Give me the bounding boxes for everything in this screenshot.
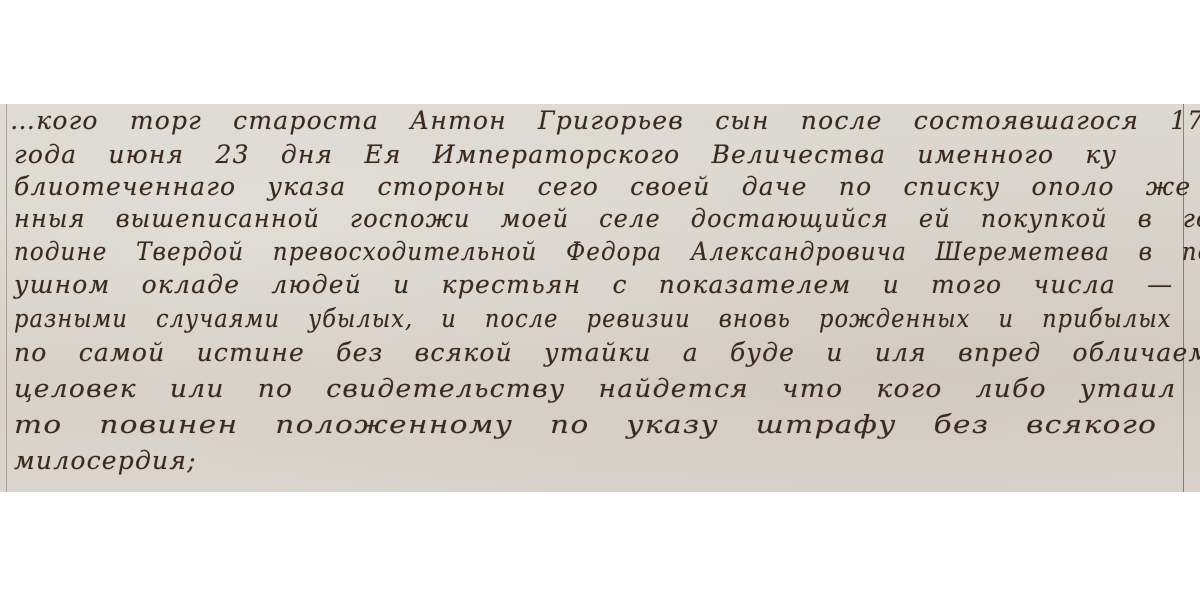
line-text: …кого торг староста Антон Григорьев сын … [10, 106, 1200, 135]
manuscript-line-9: целовек или по свидетельству найдется чт… [14, 374, 1176, 403]
manuscript-line-10: то повинен положенному по указу штрафу б… [14, 410, 1157, 439]
manuscript-line-1: …кого торг староста Антон Григорьев сын … [10, 106, 1200, 135]
line-text: то повинен положенному по указу штрафу б… [14, 410, 1157, 439]
manuscript-line-2: года июня 23 дня Ея Императорского Велич… [14, 140, 1117, 169]
document-viewer: …кого торг староста Антон Григорьев сын … [0, 0, 1200, 600]
line-text: целовек или по свидетельству найдется чт… [14, 374, 1176, 403]
line-text: года июня 23 дня Ея Императорского Велич… [14, 140, 1117, 169]
line-text: милосердия; [14, 446, 197, 475]
manuscript-line-3: блиотеченнаго указа стороны сего своей д… [14, 172, 1191, 201]
line-text: нныя вышеписанной госпожи моей селе дост… [14, 204, 1200, 233]
manuscript-page: …кого торг староста Антон Григорьев сын … [0, 104, 1200, 492]
manuscript-line-5: подине Твердой превосходительной Федора … [14, 237, 1200, 266]
line-text: ушном окладе людей и крестьян с показате… [14, 270, 1173, 299]
manuscript-line-6: ушном окладе людей и крестьян с показате… [14, 270, 1173, 299]
manuscript-line-8: по самой истине без всякой утайки а буде… [14, 338, 1200, 367]
line-text: разными случаями убылых, и после ревизии… [14, 304, 1172, 333]
line-text: блиотеченнаго указа стороны сего своей д… [14, 172, 1191, 201]
line-text: подине Твердой превосходительной Федора … [14, 237, 1200, 266]
manuscript-line-7: разными случаями убылых, и после ревизии… [14, 304, 1172, 333]
line-text: по самой истине без всякой утайки а буде… [14, 338, 1200, 367]
right-margin-rule [1183, 104, 1184, 492]
manuscript-line-11: милосердия; [14, 446, 197, 475]
left-margin-rule [6, 104, 7, 492]
manuscript-line-4: нныя вышеписанной госпожи моей селе дост… [14, 204, 1200, 233]
